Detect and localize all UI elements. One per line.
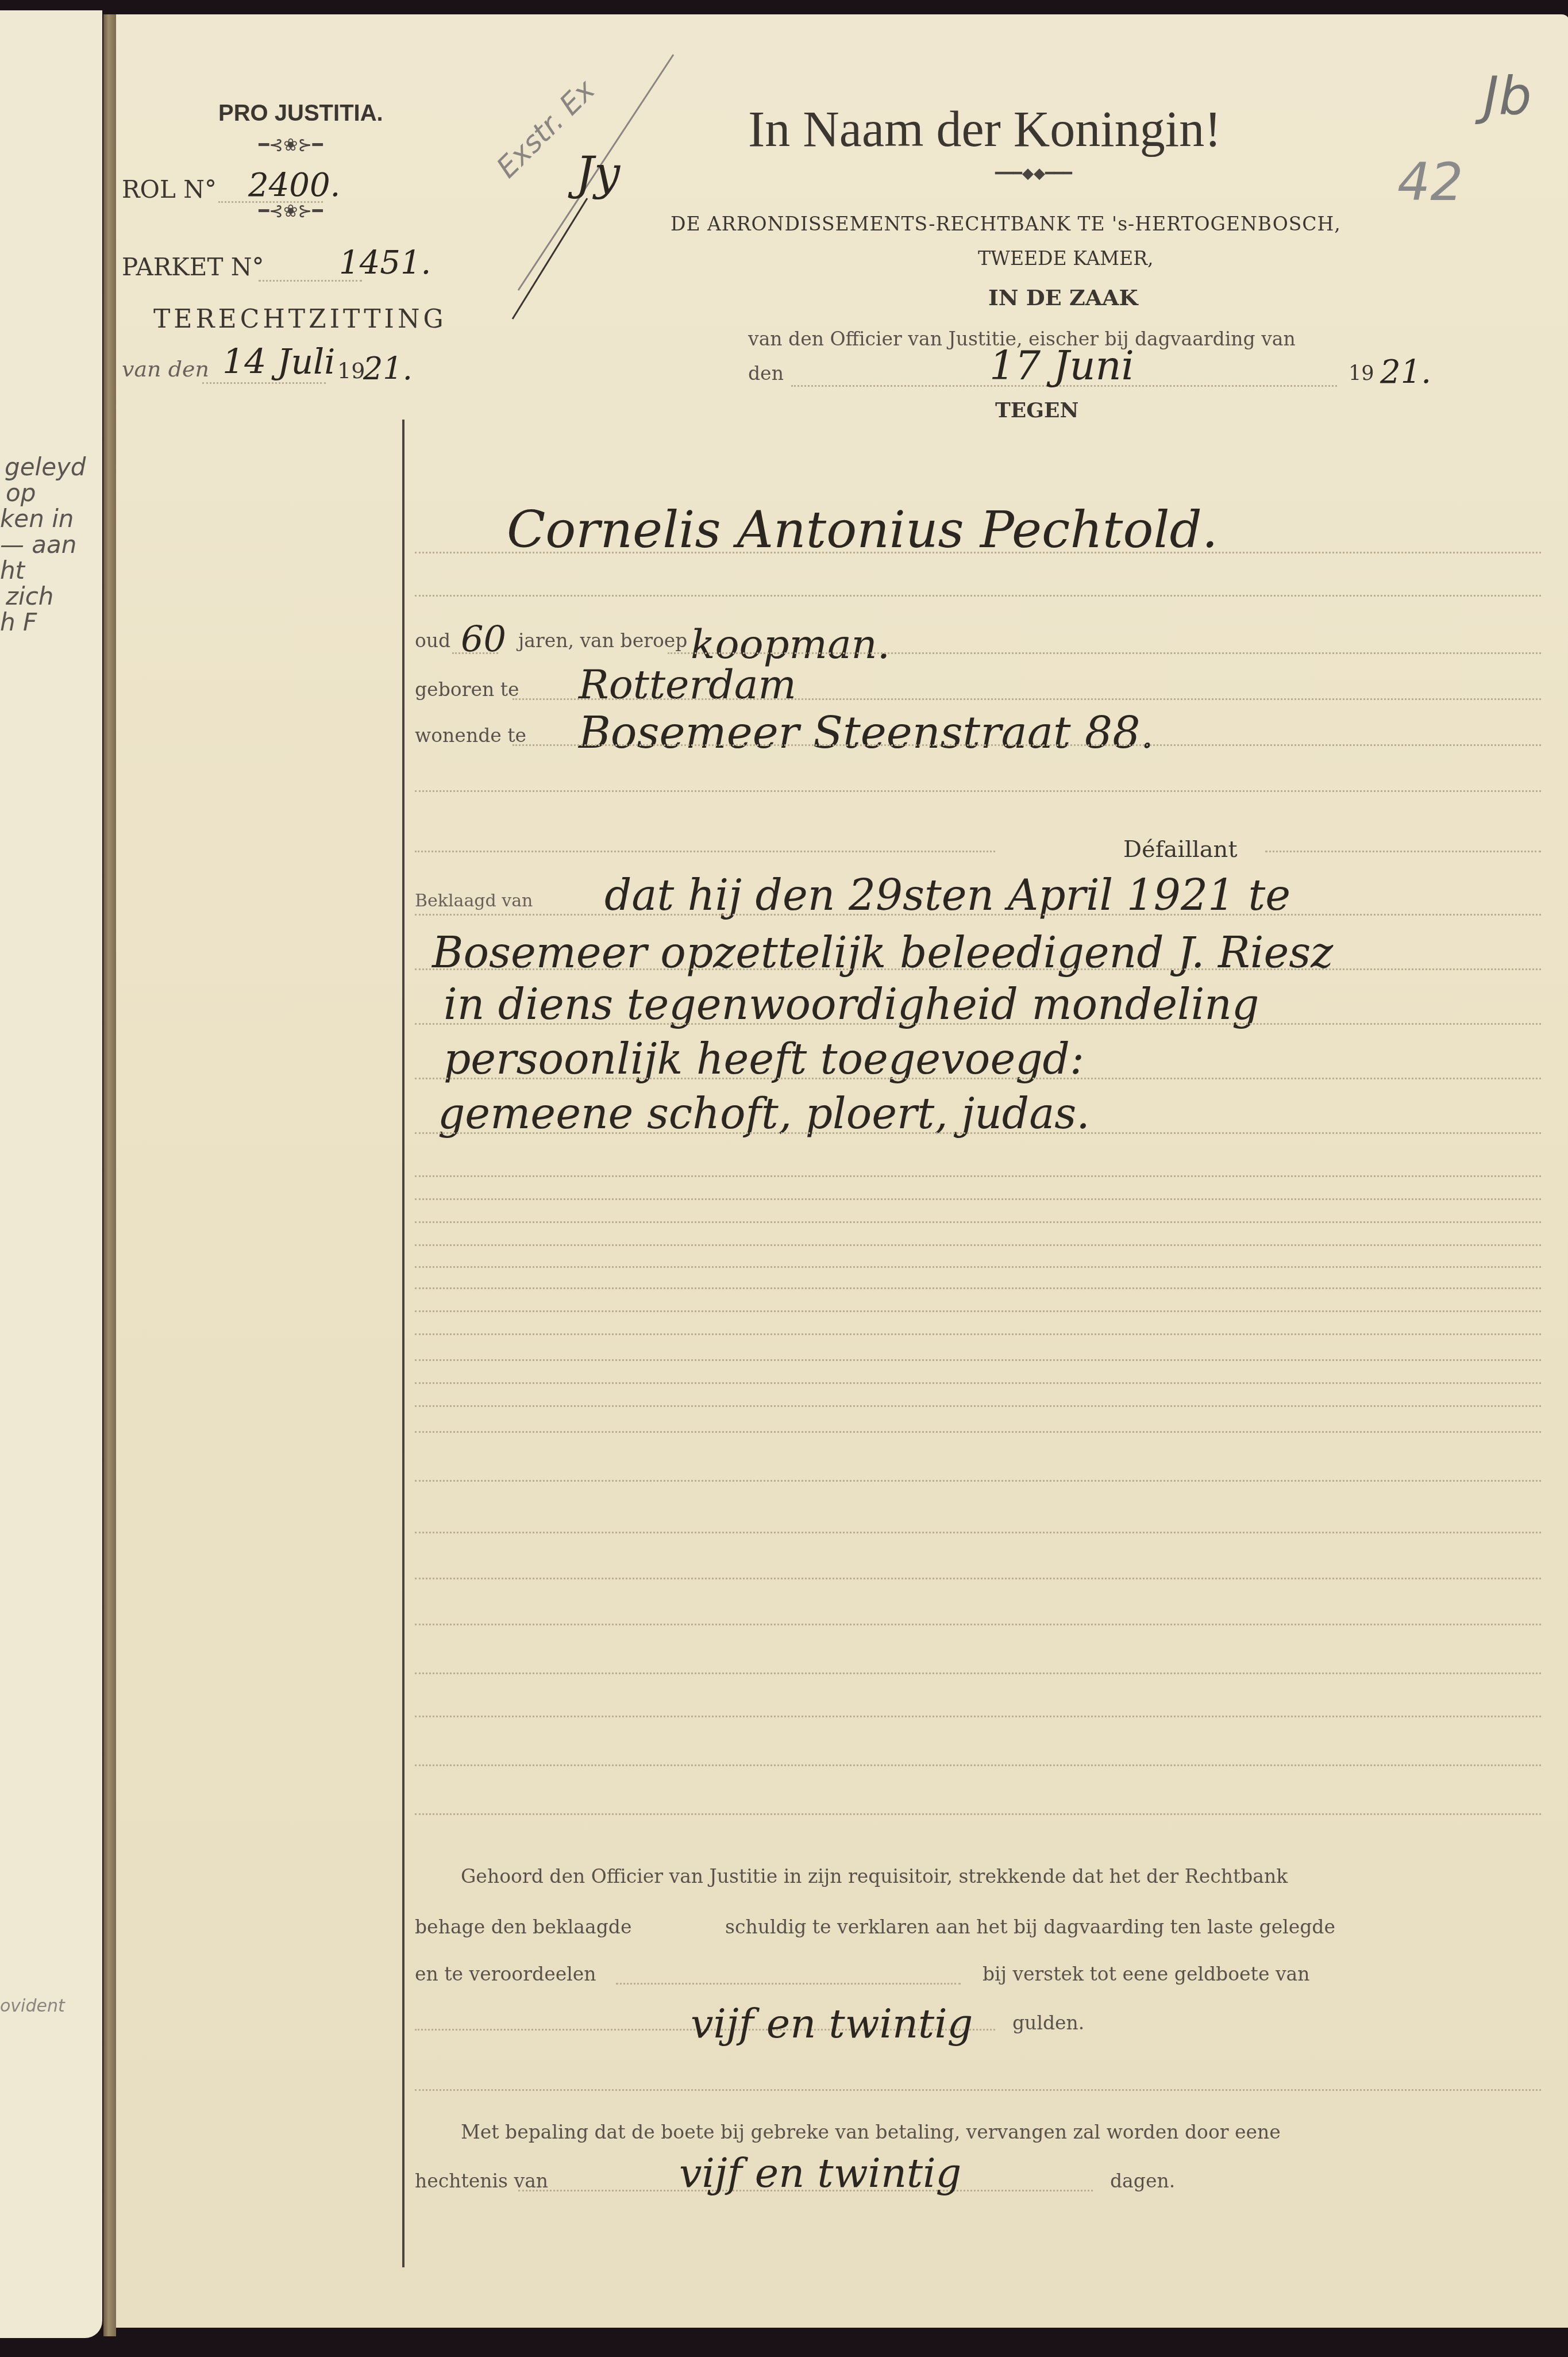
blank-line: [415, 1175, 1541, 1177]
charge-dotted-line-1: [415, 914, 1541, 916]
court-name: DE ARRONDISSEMENTS-RECHTBANK TE 's-HERTO…: [671, 213, 1341, 235]
document-title: In Naam der Koningin!: [748, 101, 1222, 159]
charge-dotted-line-4: [415, 1078, 1541, 1079]
sentence-dotted-line: [616, 1983, 961, 1985]
age-label: oud: [415, 629, 450, 652]
court-chamber: TWEEDE KAMER,: [978, 247, 1154, 270]
margin-note-4: — aan: [0, 530, 76, 559]
margin-note-7: h F: [0, 608, 37, 636]
blank-dotted-line-1: [415, 595, 1541, 597]
occupation-label: jaren, van beroep: [518, 629, 687, 652]
session-date-dotted-line: [202, 382, 326, 384]
blank-line: [415, 1198, 1541, 1200]
born-label: geboren te: [415, 678, 519, 701]
born-dotted-line: [513, 698, 1541, 700]
requisitoir-line-2b: schuldig te verklaren aan het bij dagvaa…: [725, 1916, 1335, 1938]
blank-line-after-fine: [415, 2089, 1541, 2091]
blank-line: [415, 1333, 1541, 1335]
parket-label: PARKET N°: [122, 253, 264, 281]
blank-line: [415, 1672, 1541, 1674]
ornament-divider-2: ━⊰❀⊱━: [259, 201, 323, 221]
charge-line-5: gemeene schoft, ploert, judas.: [438, 1089, 1090, 1139]
title-ornament: ━━━◆◆━━━: [995, 165, 1072, 182]
summons-year: 21.: [1380, 353, 1431, 391]
blank-line: [415, 1310, 1541, 1312]
requisitoir-line-3b: bij verstek tot eene geldboete van: [983, 1963, 1309, 1985]
blank-line: [415, 1716, 1541, 1717]
requisitoir-line-3a: en te veroordeelen: [415, 1963, 596, 1985]
requisitoir-line-2a: behage den beklaagde: [415, 1916, 631, 1938]
blank-line: [415, 1532, 1541, 1533]
residing-label: wonende te: [415, 724, 526, 747]
blank-line: [415, 1764, 1541, 1766]
ornament-divider: ━⊰❀⊱━: [259, 135, 323, 155]
fine-unit: gulden.: [1012, 2012, 1084, 2034]
blank-line: [415, 1221, 1541, 1223]
charge-dotted-line-3: [415, 1023, 1541, 1025]
age-dotted-line: [452, 652, 498, 654]
occupation-dotted-line: [668, 652, 1541, 654]
margin-note-5: ht: [0, 556, 25, 585]
blank-line: [415, 1382, 1541, 1384]
margin-bottom-note: ovident: [0, 1996, 65, 2016]
rol-value: 2400.: [248, 167, 340, 204]
charge-dotted-line-2: [415, 968, 1541, 970]
blank-line: [415, 1287, 1541, 1289]
margin-note-2: op: [6, 479, 36, 507]
blank-line: [415, 1624, 1541, 1625]
defendant-name: Cornelis Antonius Pechtold.: [507, 500, 1218, 559]
vertical-margin-rule: [402, 420, 404, 2267]
parket-dotted-line: [259, 280, 362, 282]
status-dotted-line-left: [415, 851, 995, 852]
blank-line: [415, 1578, 1541, 1579]
charge-label: Beklaagd van: [415, 891, 533, 911]
blank-line: [415, 1266, 1541, 1268]
detention-unit: dagen.: [1110, 2170, 1175, 2192]
charge-dotted-line-5: [415, 1132, 1541, 1134]
year-prefix: 19: [337, 358, 365, 383]
fine-amount: vijf en twintig: [691, 2000, 973, 2047]
date-prefix: van den: [122, 356, 209, 382]
parket-value: 1451.: [339, 244, 431, 282]
blank-line: [415, 1431, 1541, 1433]
requisitoir-line-1: Gehoord den Officier van Justitie in zij…: [461, 1865, 1288, 1887]
document-page: PRO JUSTITIA. ━⊰❀⊱━ ROL N° 2400. ━⊰❀⊱━ P…: [116, 14, 1568, 2328]
defendant-status: Défaillant: [1123, 836, 1237, 863]
charge-line-3: in diens tegenwoordigheid mondeling: [444, 980, 1259, 1029]
book-spine: [103, 14, 116, 2336]
case-label: IN DE ZAAK: [988, 284, 1138, 310]
left-page: geleyd op ken in — aan ht zich h F ovide…: [0, 10, 102, 2338]
charge-line-1: dat hij den 29sten April 1921 te: [604, 871, 1290, 920]
summons-year-prefix: 19: [1349, 362, 1374, 385]
charge-line-2: Bosemeer opzettelijk beleedigend J. Ries…: [432, 928, 1333, 978]
summons-date: 17 Juni: [989, 342, 1134, 389]
margin-note-6: zich: [6, 582, 53, 610]
blank-dotted-line-2: [415, 790, 1541, 792]
margin-note-3: ken in: [0, 505, 74, 533]
name-dotted-line: [415, 552, 1541, 553]
detention-label: hechtenis van: [415, 2170, 548, 2192]
pro-justitia-title: PRO JUSTITIA.: [218, 101, 383, 126]
charge-line-4: persoonlijk heeft toegevoegd:: [444, 1035, 1084, 1084]
blank-line: [415, 1244, 1541, 1246]
born-value: Rotterdam: [579, 661, 796, 708]
session-date: 14 Juli: [222, 342, 336, 382]
blank-line: [415, 1405, 1541, 1407]
initials-center: Jy: [576, 147, 620, 200]
status-dotted-line-right: [1265, 851, 1541, 852]
against-label: TEGEN: [995, 398, 1078, 422]
detention-amount: vijf en twintig: [679, 2150, 961, 2197]
session-year: 21.: [363, 351, 413, 387]
den-label: den: [748, 362, 784, 384]
terechtzitting-label: TERECHTZITTING: [153, 305, 447, 334]
blank-line: [415, 1813, 1541, 1815]
rol-label: ROL N°: [122, 175, 217, 203]
residing-dotted-line: [513, 744, 1541, 746]
margin-note-1: geleyd: [5, 453, 86, 481]
blank-line: [415, 1480, 1541, 1482]
requisitoir-line-4: Met bepaling dat de boete bij gebreke va…: [461, 2121, 1281, 2143]
initials-top-right: Jb: [1484, 66, 1532, 126]
page-number: 42: [1397, 152, 1463, 213]
residing-value: Bosemeer Steenstraat 88.: [579, 707, 1154, 758]
blank-line: [415, 1359, 1541, 1361]
